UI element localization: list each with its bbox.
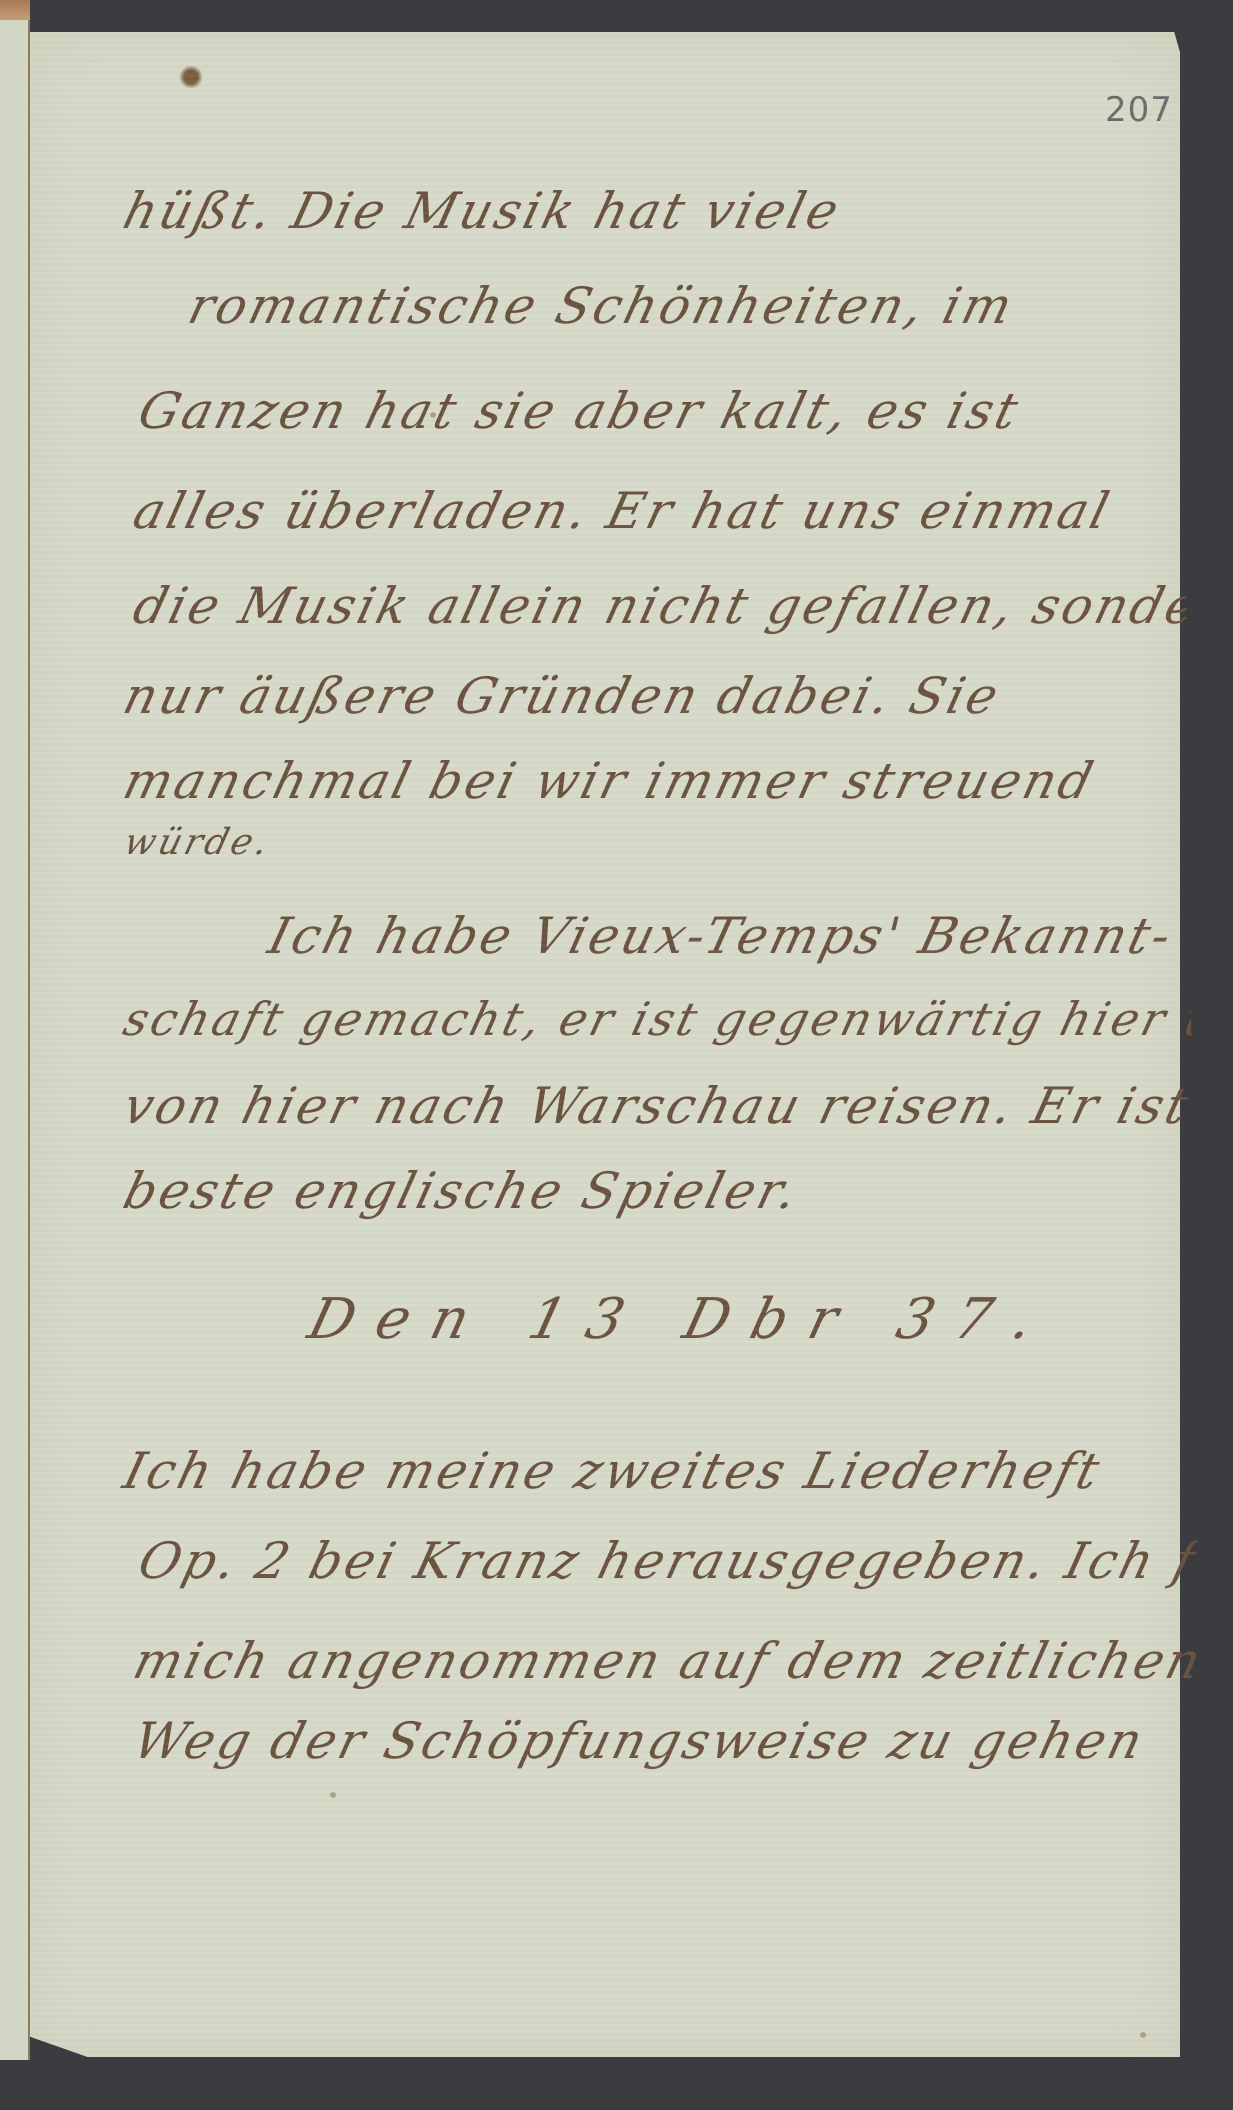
- paper-spot: [330, 1792, 336, 1798]
- text-line-15: mich angenommen auf dem zeitlichen: [128, 1632, 1210, 1690]
- text-line-14: Op. 2 bei Kranz herausgegeben. Ich fühlt…: [133, 1532, 1233, 1590]
- text-line-8: würde.: [120, 822, 275, 863]
- ink-blot: [178, 66, 204, 88]
- text-line-13: Ich habe meine zweites Liederheft: [118, 1442, 1108, 1500]
- adjacent-page-corner: [0, 0, 30, 22]
- text-line-5: die Musik allein nicht gefallen, sondern: [128, 577, 1233, 635]
- text-line-9: Ich habe Vieux-Temps' Bekannt-: [263, 907, 1180, 965]
- text-line-4: alles überladen. Er hat uns einmal: [128, 482, 1118, 540]
- text-line-7: manchmal bei wir immer streuend: [118, 752, 1102, 810]
- text-line-2: romantische Schönheiten, im: [183, 277, 1021, 335]
- text-line-11: von hier nach Warschau reisen. Er ist de…: [118, 1077, 1233, 1135]
- paper-spot: [430, 412, 436, 418]
- folio-number: 207: [1105, 90, 1173, 130]
- paper-spot: [1140, 2032, 1146, 2038]
- date-heading: Den 13 Dbr 37.: [302, 1287, 1062, 1352]
- text-line-6: nur äußere Gründen dabei. Sie: [118, 667, 1007, 725]
- text-line-1: hüßt. Die Musik hat viele: [118, 182, 847, 240]
- text-line-12: beste englische Spieler.: [118, 1162, 806, 1220]
- manuscript-page: 207 hüßt. Die Musik hat viele romantisch…: [30, 32, 1180, 2057]
- adjacent-page-edge: [0, 20, 30, 2060]
- text-line-10: schaft gemacht, er ist gegenwärtig hier …: [118, 992, 1233, 1046]
- line-16-text: Weg der Schöpfungsweise zu gehen: [128, 1712, 1151, 1770]
- text-line-16: Weg der Schöpfungsweise zu gehen: [128, 1712, 1151, 1770]
- text-line-3: Ganzen hat sie aber kalt, es ist: [133, 382, 1027, 440]
